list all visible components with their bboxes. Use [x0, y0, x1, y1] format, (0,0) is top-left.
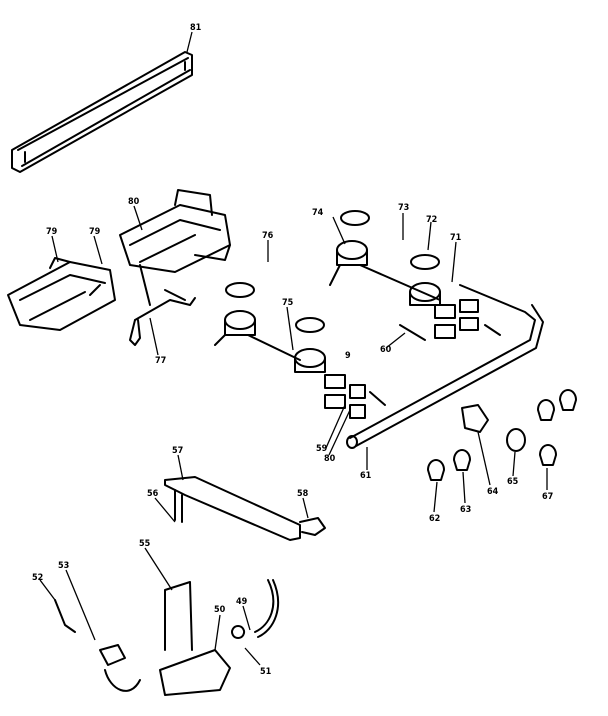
label-72: 72 [426, 215, 437, 225]
control-panel-frame [12, 52, 192, 172]
label-65: 65 [507, 477, 519, 487]
label-77: 77 [155, 356, 166, 366]
left-bracket [8, 258, 115, 330]
label-49: 49 [236, 597, 248, 607]
label-79: 79 [89, 227, 101, 237]
label-58: 58 [297, 489, 309, 499]
label-56: 56 [147, 489, 159, 499]
label-53: 53 [58, 561, 69, 571]
diagram-canvas: 81 79 79 80 76 74 73 72 71 77 75 60 9 59… [0, 0, 608, 716]
label-9: 9 [345, 351, 351, 361]
parts-diagram: 81 79 79 80 76 74 73 72 71 77 75 60 9 59… [0, 0, 608, 716]
thermocouple-wire [130, 265, 195, 345]
label-52: 52 [32, 573, 43, 583]
label-62: 62 [429, 514, 440, 524]
label-55: 55 [139, 539, 151, 549]
burner-left-front [215, 283, 300, 360]
manifold-pipe [347, 285, 543, 448]
label-80: 80 [324, 454, 336, 464]
label-73: 73 [398, 203, 409, 213]
heat-shield [165, 477, 325, 540]
label-67: 67 [542, 492, 553, 502]
label-60: 60 [380, 345, 392, 355]
label-50: 50 [214, 605, 226, 615]
label-76: 76 [262, 231, 274, 241]
label-51: 51 [260, 667, 272, 677]
valve-cluster [325, 300, 500, 418]
control-knobs [428, 390, 576, 480]
burner-right-front [410, 255, 440, 305]
label-74: 74 [312, 208, 324, 218]
label-57: 57 [172, 446, 183, 456]
leader-lines [40, 32, 547, 665]
label-79: 79 [46, 227, 58, 237]
label-64: 64 [487, 487, 499, 497]
label-71: 71 [450, 233, 462, 243]
label-81: 81 [190, 23, 202, 33]
label-75: 75 [282, 298, 294, 308]
label-59: 59 [316, 444, 328, 454]
label-61: 61 [360, 471, 372, 481]
burner-left-rear [295, 318, 325, 372]
label-63: 63 [460, 505, 471, 515]
label-80: 80 [128, 197, 140, 207]
